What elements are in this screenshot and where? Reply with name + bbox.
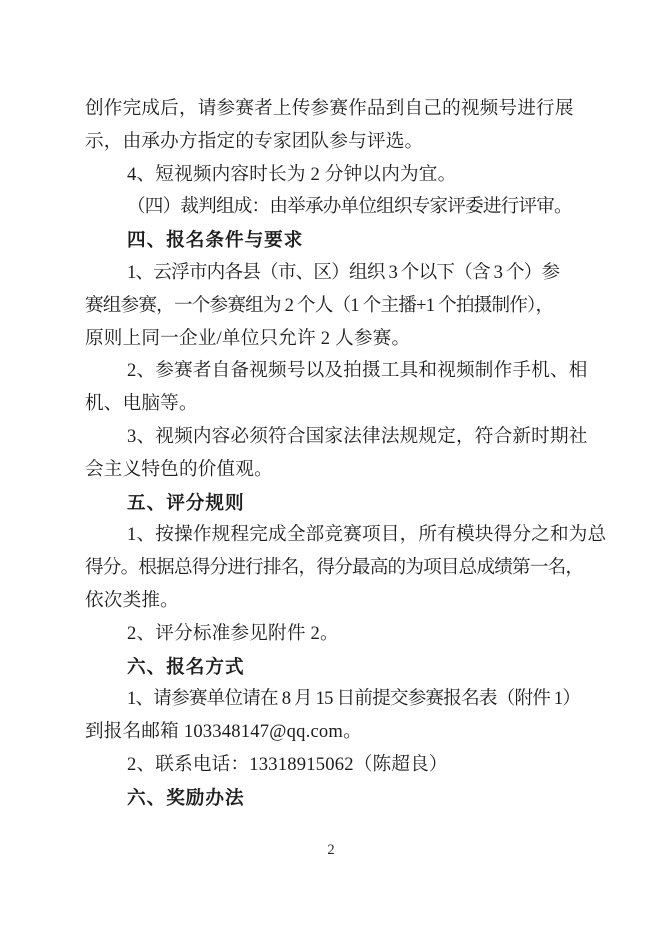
text-line: 原则上同一企业/单位只允许 2 人参赛。 — [85, 323, 577, 356]
text-line: 示，由承办方指定的专家团队参与评选。 — [85, 126, 577, 159]
text-line: 2、联系电话：13318915062（陈超良） — [85, 749, 577, 782]
text-line: 2、评分标准参见附件 2。 — [85, 618, 577, 651]
text-line: 依次类推。 — [85, 585, 577, 618]
text-line: 1、云浮市内各县（市、区）组织 3 个以下（含 3 个）参 — [85, 257, 577, 290]
heading-scoring-rules: 五、评分规则 — [85, 487, 577, 520]
document-content: 创作完成后，请参赛者上传参赛作品到自己的视频号进行展 示，由承办方指定的专家团队… — [0, 0, 662, 815]
text-line: 创作完成后，请参赛者上传参赛作品到自己的视频号进行展 — [85, 93, 577, 126]
heading-reward-measures: 六、奖励办法 — [85, 782, 577, 815]
text-line: （四）裁判组成：由举承办单位组织专家评委进行评审。 — [85, 191, 577, 224]
text-line: 4、短视频内容时长为 2 分钟以内为宜。 — [85, 159, 577, 192]
text-line: 到报名邮箱 103348147@qq.com。 — [85, 716, 577, 749]
heading-registration-method: 六、报名方式 — [85, 651, 577, 684]
heading-registration-requirements: 四、报名条件与要求 — [85, 224, 577, 257]
document-page: 创作完成后，请参赛者上传参赛作品到自己的视频号进行展 示，由承办方指定的专家团队… — [0, 0, 662, 936]
text-line: 得分。根据总得分进行排名，得分最高的为项目总成绩第一名， — [85, 552, 577, 585]
text-line: 机、电脑等。 — [85, 388, 577, 421]
text-line: 1、请参赛单位请在 8 月 15 日前提交参赛报名表（附件 1） — [85, 683, 577, 716]
page-number: 2 — [0, 840, 662, 860]
text-line: 3、视频内容必须符合国家法律法规规定，符合新时期社 — [85, 421, 577, 454]
text-line: 赛组参赛，一个参赛组为 2 个人（1 个主播+1 个拍摄制作）， — [85, 290, 577, 323]
text-line: 会主义特色的价值观。 — [85, 454, 577, 487]
text-line: 2、参赛者自备视频号以及拍摄工具和视频制作手机、相 — [85, 355, 577, 388]
text-line: 1、按操作规程完成全部竞赛项目，所有模块得分之和为总 — [85, 519, 577, 552]
